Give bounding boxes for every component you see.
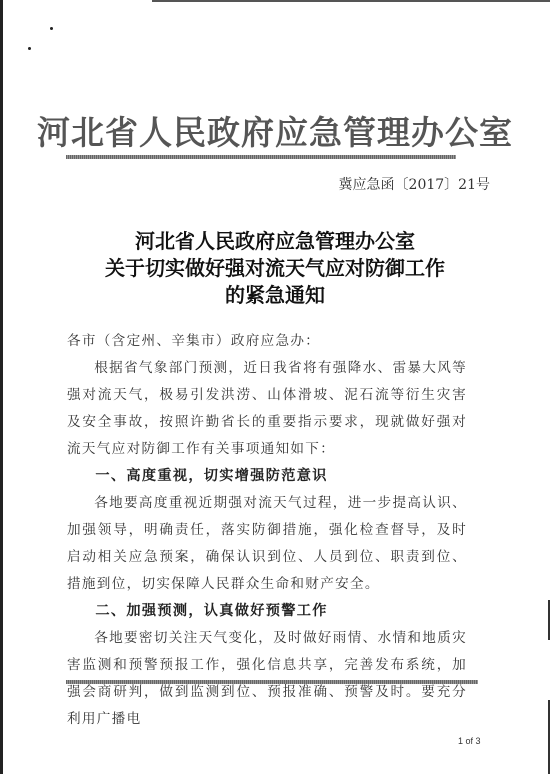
section-1-body: 各地要高度重视近期强对流天气过程，进一步提高认识、加强领导，明确责任，落实防御措… bbox=[67, 490, 467, 598]
document-title: 河北省人民政府应急管理办公室 关于切实做好强对流天气应对防御工作 的紧急通知 bbox=[0, 228, 550, 309]
letterhead: 河北省人民政府应急管理办公室 bbox=[0, 107, 550, 154]
page-indicator: 1 of 3 bbox=[458, 736, 481, 746]
document-body: 各市（含定州、辛集市）政府应急办： 根据省气象部门预测，近日我省将有强降水、雷暴… bbox=[67, 328, 467, 733]
section-2-body: 各地要密切关注天气变化，及时做好雨情、水情和地质灾害监测和预警预报工作，强化信息… bbox=[67, 625, 467, 733]
section-1-heading: 一、高度重视，切实增强防范意识 bbox=[67, 463, 467, 490]
document-page: 河北省人民政府应急管理办公室 冀应急函〔2017〕21号 河北省人民政府应急管理… bbox=[0, 0, 550, 774]
section-2-heading: 二、加强预测，认真做好预警工作 bbox=[67, 598, 467, 625]
title-line-2: 关于切实做好强对流天气应对防御工作 bbox=[0, 255, 550, 282]
footer-rule bbox=[66, 680, 478, 684]
scan-border-top bbox=[152, 0, 550, 2]
scan-speck bbox=[28, 47, 31, 50]
title-line-3: 的紧急通知 bbox=[0, 282, 550, 309]
document-number: 冀应急函〔2017〕21号 bbox=[339, 174, 490, 194]
scan-speck bbox=[50, 27, 53, 30]
letterhead-rule bbox=[66, 155, 456, 159]
intro-paragraph: 根据省气象部门预测，近日我省将有强降水、雷暴大风等强对流天气，极易引发洪涝、山体… bbox=[67, 355, 467, 463]
title-line-1: 河北省人民政府应急管理办公室 bbox=[0, 228, 550, 255]
salutation: 各市（含定州、辛集市）政府应急办： bbox=[67, 328, 467, 355]
